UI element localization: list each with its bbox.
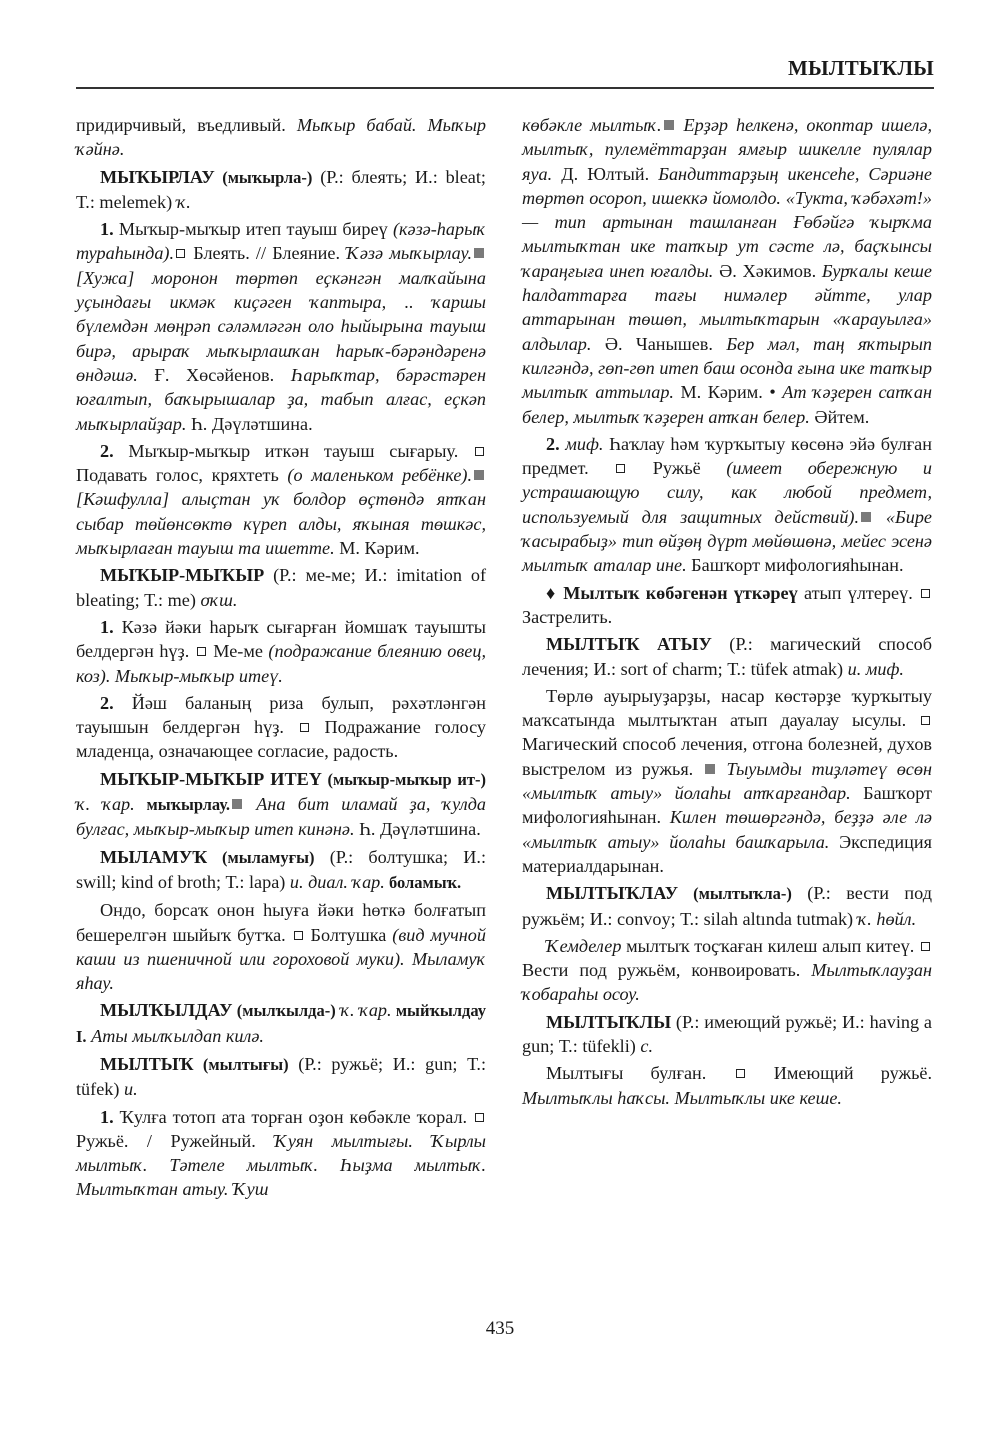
headword: 2. (100, 693, 114, 713)
text: Һ. Дәүләтшина. (355, 819, 481, 839)
italic-text: ҡ. һөйл. (858, 909, 916, 929)
text: Мыҡыр-мыҡыр иткән тауыш сығарыу. (114, 441, 473, 461)
dictionary-entry: МЫҠЫР-МЫҠЫР ИТЕҮ (мыҡыр-мыҡыр ит-) ҡ. ҡа… (76, 767, 486, 842)
text: Ә. Чанышев. (591, 334, 726, 354)
text: Подавать голос, кряхтеть (76, 465, 287, 485)
translation-marker-icon (616, 464, 625, 473)
headword: МЫЛТЫҠ (100, 1054, 194, 1074)
grammar-form: (мылтыҡла-) (678, 884, 792, 903)
italic-text: ҡ. ҡар. (336, 1000, 392, 1020)
translation-marker-icon (475, 1113, 484, 1122)
continued-text: көбәкле мылтыҡ. Ерҙәр һелкенә, окоптар и… (522, 113, 932, 429)
text: Мылтығы булған. (546, 1063, 734, 1083)
grammar-form: боламыҡ. (385, 873, 461, 892)
headword: 2. (546, 434, 560, 454)
grammar-form: (мыҡыр-мыҡыр ит-) (322, 770, 486, 789)
right-column: көбәкле мылтыҡ. Ерҙәр һелкенә, окоптар и… (522, 113, 932, 1110)
entry-sense: Ҡемделер мылтыҡ тоҫҡаған килеш алып ките… (522, 934, 932, 1007)
grammar-form: (мыламуғы) (207, 848, 314, 867)
entry-sense: ♦ Мылтыҡ көбәгенән үткәреү атып үлтереү.… (522, 581, 932, 630)
headword: МЫЛТЫҠЛЫ (546, 1012, 671, 1032)
entry-sense: 1. Ҡулға тотоп ата торған оҙон көбәкле ҡ… (76, 1105, 486, 1202)
example-marker-icon (664, 120, 674, 130)
italic-text: Мылтыҡлы һаҡсы. Мылтыҡлы ике кеше. (522, 1088, 842, 1108)
italic-text: с. (640, 1036, 653, 1056)
entry-sense: Төрлө ауырыуҙарҙы, насар көстәрҙе ҡурҡыт… (522, 684, 932, 878)
text: Ғ. Хөсәйенов. (138, 365, 291, 385)
headword: 1. (100, 1107, 114, 1127)
text: Блеять. // Блеяние. (187, 243, 346, 263)
example-marker-icon (474, 248, 484, 258)
translation-marker-icon (294, 931, 303, 940)
headword: 2. (100, 441, 114, 461)
italic-text: и. миф. (848, 659, 904, 679)
translation-marker-icon (300, 723, 309, 732)
running-head: МЫЛТЫҠЛЫ (76, 56, 934, 81)
italic-text: [Кәшфулла] алыҫтан уҡ болдор өҫтөндә ятҡ… (76, 489, 486, 558)
dictionary-entry: МЫЛТЫҠЛЫ (Р.: имеющий ружьё; И.: having … (522, 1010, 932, 1059)
text: Застрелить. (522, 607, 612, 627)
text: М. Кәрим. (674, 382, 769, 402)
header-rule (76, 87, 934, 89)
headword: МЫҠЫР-МЫҠЫР (100, 565, 264, 585)
headword: МЫҠЫР-МЫҠЫР ИТЕҮ (100, 769, 322, 789)
example-marker-icon (474, 470, 484, 480)
entry-sense: 2. Мыҡыр-мыҡыр иткән тауыш сығарыу. Пода… (76, 439, 486, 560)
text: Ҡулға тотоп ата торған оҙон көбәкле ҡора… (114, 1107, 473, 1127)
text: Ә. Хәкимов. (713, 261, 822, 281)
headword: 1. (100, 219, 114, 239)
example-marker-icon (705, 764, 715, 774)
example-marker-icon (861, 512, 871, 522)
translation-marker-icon (197, 647, 206, 656)
text: придирчивый, въедливый. (76, 115, 297, 135)
dictionary-entry: МЫЛАМУҠ (мыламуғы) (Р.: болтушка; И.: sw… (76, 845, 486, 896)
translation-marker-icon (921, 716, 930, 725)
entry-sense: 2. миф. Һаҡлау һәм ҡурҡытыу көсөнә эйә б… (522, 432, 932, 578)
text: Мыҡыр-мыҡыр итеп тауыш биреү (114, 219, 393, 239)
dictionary-entry: МЫҠЫРЛАУ (мыҡырла-) (Р.: блеять; И.: ble… (76, 165, 486, 215)
dictionary-entry: МЫЛТЫҠ АТЫУ (Р.: магический способ лечен… (522, 632, 932, 681)
headword: МЫЛҠЫЛДАУ (100, 1000, 232, 1020)
text: Ме-ме (208, 641, 269, 661)
text: Ружьё (627, 458, 726, 478)
text: Вести под ружьём, конвоировать. (522, 960, 811, 980)
dictionary-entry: МЫҠЫР-МЫҠЫР (Р.: ме-ме; И.: imitation of… (76, 563, 486, 612)
italic-text: ҡ. (177, 192, 191, 212)
grammar-form: (мылҡылда-) (232, 1001, 335, 1020)
page-number: 435 (0, 1318, 1000, 1340)
dictionary-entry: МЫЛТЫҠЛАУ (мылтыҡла-) (Р.: вести под руж… (522, 881, 932, 931)
entry-sense: 1. Кәзә йәки һарыҡ сығарған йомшаҡ тауыш… (76, 615, 486, 688)
text: Д. Юлтый. (552, 164, 658, 184)
headword: МЫҠЫРЛАУ (100, 167, 215, 187)
translation-marker-icon (921, 942, 930, 951)
italic-text: Ҡемделер (546, 936, 621, 956)
headword: МЫЛТЫҠ АТЫУ (546, 634, 712, 654)
text: Һ. Дәүләтшина. (186, 414, 312, 434)
italic-text: Ҡәзә мыҡырлау. (346, 243, 472, 263)
text: Башҡорт мифологияһынан. (687, 555, 904, 575)
translation-marker-icon (921, 589, 930, 598)
text: Ружьё. / Ружейный. (76, 1131, 274, 1151)
italic-text: и. (124, 1079, 138, 1099)
text: М. Кәрим. (335, 538, 420, 558)
dictionary-entry: МЫЛҠЫЛДАУ (мылҡылда-) ҡ. ҡар. мыйҡылдау … (76, 998, 486, 1049)
entry-sense: 2. Йәш баланың риза булып, рәхәтләнгән т… (76, 691, 486, 764)
translation-marker-icon (475, 447, 484, 456)
italic-text: миф. (560, 434, 604, 454)
text: Имеющий ружьё. (747, 1063, 932, 1083)
text: Әйтем. (810, 407, 870, 427)
example-marker-icon (232, 799, 242, 809)
headword: МЫЛТЫҠЛАУ (546, 883, 678, 903)
text: Төрлө ауырыуҙарҙы, насар көстәрҙе ҡурҡыт… (522, 686, 932, 730)
text: мылтыҡ тоҫҡаған килеш алып китеү. (621, 936, 919, 956)
italic-text: (о маленьком ребёнке). (287, 465, 472, 485)
entry-sense: Ондо, борсаҡ онон һыуға йәки һөткә болға… (76, 898, 486, 995)
continued-text: придирчивый, въедливый. Мыҡыр бабай. Мыҡ… (76, 113, 486, 162)
grammar-form: (мылтығы) (194, 1055, 289, 1074)
dictionary-entry: МЫЛТЫҠ (мылтығы) (Р.: ружьё; И.: gun; Т.… (76, 1052, 486, 1102)
italic-text: ҡ. ҡар. (76, 794, 135, 814)
translation-marker-icon (736, 1069, 745, 1078)
grammar-form: (мыҡырла-) (215, 168, 313, 187)
grammar-form: мыҡырлау. (135, 795, 230, 814)
entry-sense: Мылтығы булған. Имеющий ружьё. Мылтыҡлы … (522, 1061, 932, 1110)
headword: МЫЛАМУҠ (100, 847, 207, 867)
headword: 1. (100, 617, 114, 637)
italic-text: оҡш. (200, 590, 237, 610)
entry-sense: 1. Мыҡыр-мыҡыр итеп тауыш биреү (кәзә-һа… (76, 217, 486, 436)
italic-text: и. диал. ҡар. (290, 872, 385, 892)
translation-marker-icon (176, 249, 185, 258)
left-column: придирчивый, въедливый. Мыҡыр бабай. Мыҡ… (76, 113, 486, 1202)
text: атып үлтереү. (798, 583, 919, 603)
headword: ♦ Мылтыҡ көбәгенән үткәреү (546, 583, 798, 603)
italic-text: Аты мылҡылдап килә. (87, 1026, 264, 1046)
italic-text: көбәкле мылтыҡ. (522, 115, 662, 135)
text: Болтушка (305, 925, 393, 945)
